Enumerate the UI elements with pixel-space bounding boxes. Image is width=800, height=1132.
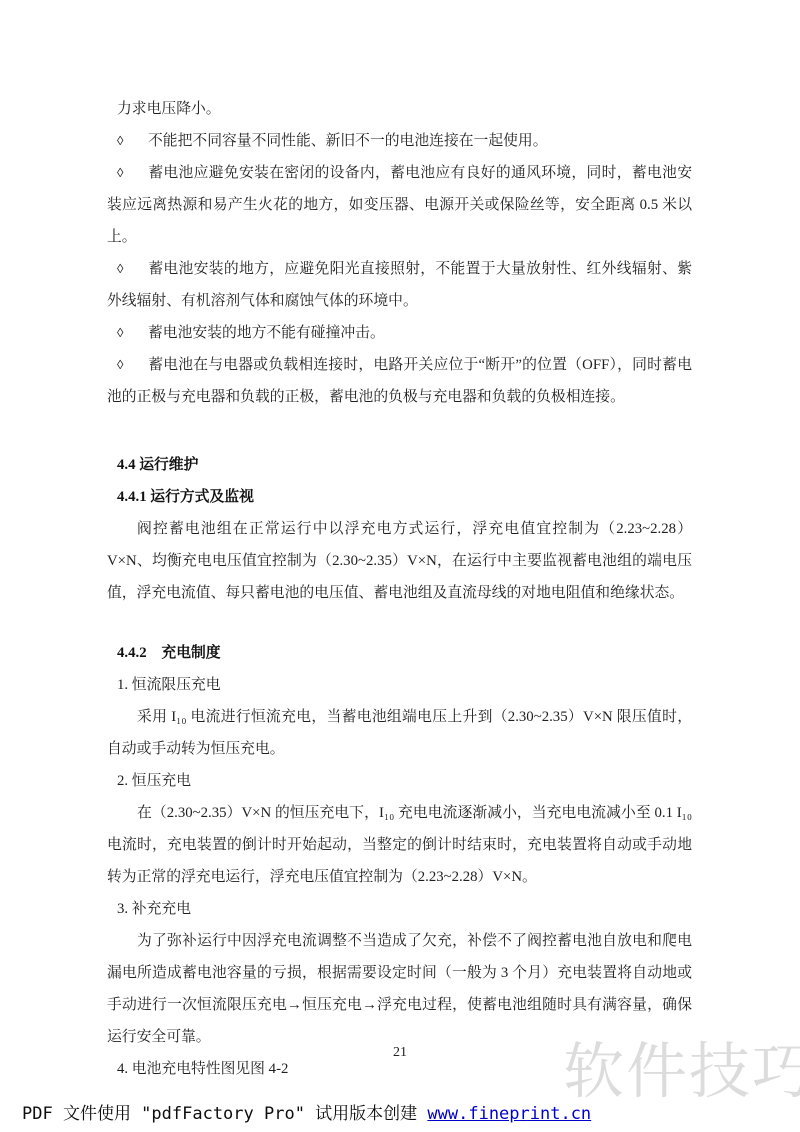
document-page: 力求电压降小。 ◊不能把不同容量不同性能、新旧不一的电池连接在一起使用。 ◊蓄电… xyxy=(0,0,800,1132)
numbered-item-2: 2. 恒压充电 xyxy=(107,765,692,797)
paragraph: 在（2.30~2.35）V×N 的恒压充电下，I₁₀ 充电电流逐渐减小，当充电电… xyxy=(107,797,692,893)
diamond-bullet-icon: ◊ xyxy=(117,317,148,349)
document-body: 力求电压降小。 ◊不能把不同容量不同性能、新旧不一的电池连接在一起使用。 ◊蓄电… xyxy=(107,93,692,1085)
bullet-text: 蓄电池在与电器或负载相连接时，电路开关应位于“断开”的位置（OFF），同时蓄电池… xyxy=(107,357,692,405)
footer-text: PDF 文件使用 "pdfFactory Pro" 试用版本创建 xyxy=(22,1104,427,1124)
bullet-item: ◊蓄电池安装的地方不能有碰撞冲击。 xyxy=(107,317,692,349)
bullet-text: 不能把不同容量不同性能、新旧不一的电池连接在一起使用。 xyxy=(148,133,548,149)
bullet-item: ◊蓄电池应避免安装在密闭的设备内，蓄电池应有良好的通风环境，同时，蓄电池安装应远… xyxy=(107,157,692,253)
bullet-text: 蓄电池安装的地方不能有碰撞冲击。 xyxy=(148,325,385,341)
pdf-trial-footer: PDF 文件使用 "pdfFactory Pro" 试用版本创建 www.fin… xyxy=(22,1099,591,1124)
section-heading-4-4-1: 4.4.1 运行方式及监视 xyxy=(107,481,692,513)
bullet-item: ◊蓄电池在与电器或负载相连接时，电路开关应位于“断开”的位置（OFF），同时蓄电… xyxy=(107,349,692,413)
bullet-text: 蓄电池安装的地方，应避免阳光直接照射，不能置于大量放射性、红外线辐射、紫外线辐射… xyxy=(107,261,692,309)
paragraph: 阀控蓄电池组在正常运行中以浮充电方式运行，浮充电值宜控制为（2.23~2.28）… xyxy=(107,513,692,609)
numbered-item-3: 3. 补充充电 xyxy=(107,893,692,925)
numbered-item-1: 1. 恒流限压充电 xyxy=(107,669,692,701)
paragraph: 采用 I₁₀ 电流进行恒流充电，当蓄电池组端电压上升到（2.30~2.35）V×… xyxy=(107,701,692,765)
section-heading-4-4-2: 4.4.2 充电制度 xyxy=(107,637,692,669)
paragraph: 为了弥补运行中因浮充电流调整不当造成了欠充，补偿不了阀控蓄电池自放电和爬电漏电所… xyxy=(107,925,692,1053)
section-heading-4-4: 4.4 运行维护 xyxy=(107,449,692,481)
bullet-item: ◊蓄电池安装的地方，应避免阳光直接照射，不能置于大量放射性、红外线辐射、紫外线辐… xyxy=(107,253,692,317)
diamond-bullet-icon: ◊ xyxy=(117,157,148,189)
diamond-bullet-icon: ◊ xyxy=(117,125,148,157)
bullet-text: 蓄电池应避免安装在密闭的设备内，蓄电池应有良好的通风环境，同时，蓄电池安装应远离… xyxy=(107,165,692,245)
diamond-bullet-icon: ◊ xyxy=(117,253,148,285)
paragraph-continuation: 力求电压降小。 xyxy=(107,93,692,125)
bullet-item: ◊不能把不同容量不同性能、新旧不一的电池连接在一起使用。 xyxy=(107,125,692,157)
fineprint-link[interactable]: www.fineprint.cn xyxy=(427,1104,591,1124)
page-number: 21 xyxy=(0,1045,800,1061)
diamond-bullet-icon: ◊ xyxy=(117,349,148,381)
